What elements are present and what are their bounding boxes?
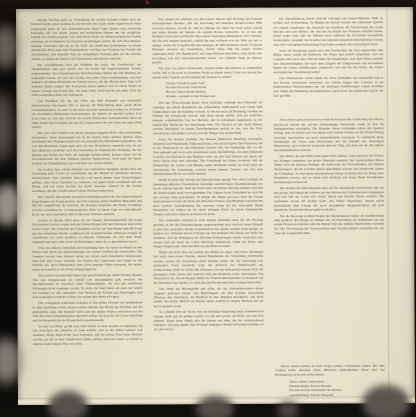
red-speck bbox=[146, 1, 149, 4]
paragraph: Auch die übrigen Gesänge des Kreises umk… bbox=[153, 137, 263, 176]
record-sleeve-photo: Wenige Wochen nach der Vollendung der gr… bbox=[0, 0, 416, 417]
paragraph: Das Scherzo mit seinem störrischen Rhyth… bbox=[32, 194, 142, 216]
paragraph: Erst spätere Geschlechter haben den ganz… bbox=[32, 273, 142, 300]
middle-column-text: Was wissen wir wirklich von den letzten … bbox=[152, 17, 264, 332]
liner-notes-page: Wenige Wochen nach der Vollendung der gr… bbox=[16, 7, 415, 405]
right-section-one: Die Durchführung dieser Absicht verlangt… bbox=[273, 16, 383, 99]
paragraph: Der erste Satz entfaltet aus einem einzi… bbox=[32, 131, 142, 166]
middle-body-paragraphs: Wer den Überschwang dieser Verse beläche… bbox=[152, 100, 263, 331]
paragraph: Bleibt ein Wort über die Gestalt des Hef… bbox=[153, 250, 263, 285]
credits-block: Tenor: Albert UntersteinerHammerflügel: … bbox=[289, 379, 385, 397]
finger-shadow bbox=[277, 402, 299, 417]
paragraph: Wer den Überschwang dieser Verse beläche… bbox=[152, 100, 262, 135]
paragraph: Uns Heutigen, die wir das Werk aus dem A… bbox=[31, 99, 141, 130]
paragraph: Zehn Jahre lagen zwischen den ersten Pro… bbox=[274, 117, 384, 152]
text-column-left: Wenige Wochen nach der Vollendung der gr… bbox=[31, 17, 143, 399]
text-column-right: Die Durchführung dieser Absicht verlangt… bbox=[273, 16, 385, 398]
verse-quotation: Urlaub, Urlaub zu jeder Zeit?Konntet ihr… bbox=[166, 81, 263, 99]
light-reflection-blob bbox=[0, 92, 14, 162]
paragraph: Der Hörer, der die Platte zum ersten Mal… bbox=[274, 154, 384, 185]
paragraph: Im zweiten Satz, einem Andante von verha… bbox=[32, 167, 142, 194]
text-columns: Wenige Wochen nach der Vollendung der gr… bbox=[31, 16, 385, 399]
credit-line: Gesamtleitung: Johann Westphal bbox=[289, 392, 385, 397]
fold-crease-line bbox=[386, 7, 390, 403]
paragraph: Die Aufnahme entstand in zwei langen Abe… bbox=[153, 218, 263, 249]
closing-paragraph: Dieser Reihe werden in loser Folge weite… bbox=[275, 363, 385, 377]
paragraph: Für die Beratung in allen Fragen der Que… bbox=[274, 213, 384, 235]
left-column-text: Wenige Wochen nach der Vollendung der gr… bbox=[31, 17, 143, 346]
paragraph: Wenige Wochen nach der Vollendung der gr… bbox=[31, 17, 141, 61]
column-spacer bbox=[274, 237, 385, 364]
paragraph: So darf der Hörer gewiß sein, dem Werke … bbox=[33, 324, 143, 346]
paragraph: Der Dank der Herausgeber gilt allen, die… bbox=[153, 286, 263, 308]
paragraph: Auch die Besetzung wurde nach den Nachri… bbox=[273, 48, 383, 75]
text-column-middle: Was wissen wir wirklich von den letzten … bbox=[152, 17, 264, 399]
paragraph: Die Durchführung dieser Absicht verlangt… bbox=[273, 16, 383, 47]
paragraph: Damit ist über den Vortrag das Entscheid… bbox=[153, 177, 263, 216]
right-column-text: Die Durchführung dieser Absicht verlangt… bbox=[273, 16, 385, 397]
paragraph: Die Namen der Mitwirkenden sind auf der … bbox=[274, 186, 384, 213]
paragraph: Wer aber war jener Unbekannte, dessen Ze… bbox=[152, 66, 262, 80]
quote-line: Kommt, o kommt in den Tempel ein. bbox=[166, 94, 263, 99]
paragraph: Was wissen wir wirklich von den letzten … bbox=[152, 17, 262, 65]
section-gap bbox=[273, 99, 383, 118]
paragraph: Die Uraufführung fand im Frühjahr im Saa… bbox=[31, 62, 141, 97]
paragraph: So schließt sich der Kreis: was als flüc… bbox=[154, 309, 264, 331]
paragraph: Über die äußeren Umstände der Entstehung… bbox=[32, 245, 142, 272]
paragraph: Gerade in diesem Jahre aber, als die Wie… bbox=[32, 218, 142, 245]
paragraph: Die vorliegende Aufnahme entstand in den… bbox=[32, 301, 142, 323]
middle-opening-paragraphs: Was wissen wir wirklich von den letzten … bbox=[152, 17, 262, 80]
closing-note: Dieser Reihe werden in loser Folge weite… bbox=[275, 363, 385, 379]
paragraph: Das Stimmaterial wurde eigens für diese … bbox=[273, 76, 383, 98]
right-section-two: Zehn Jahre lagen zwischen den ersten Pro… bbox=[274, 117, 385, 237]
